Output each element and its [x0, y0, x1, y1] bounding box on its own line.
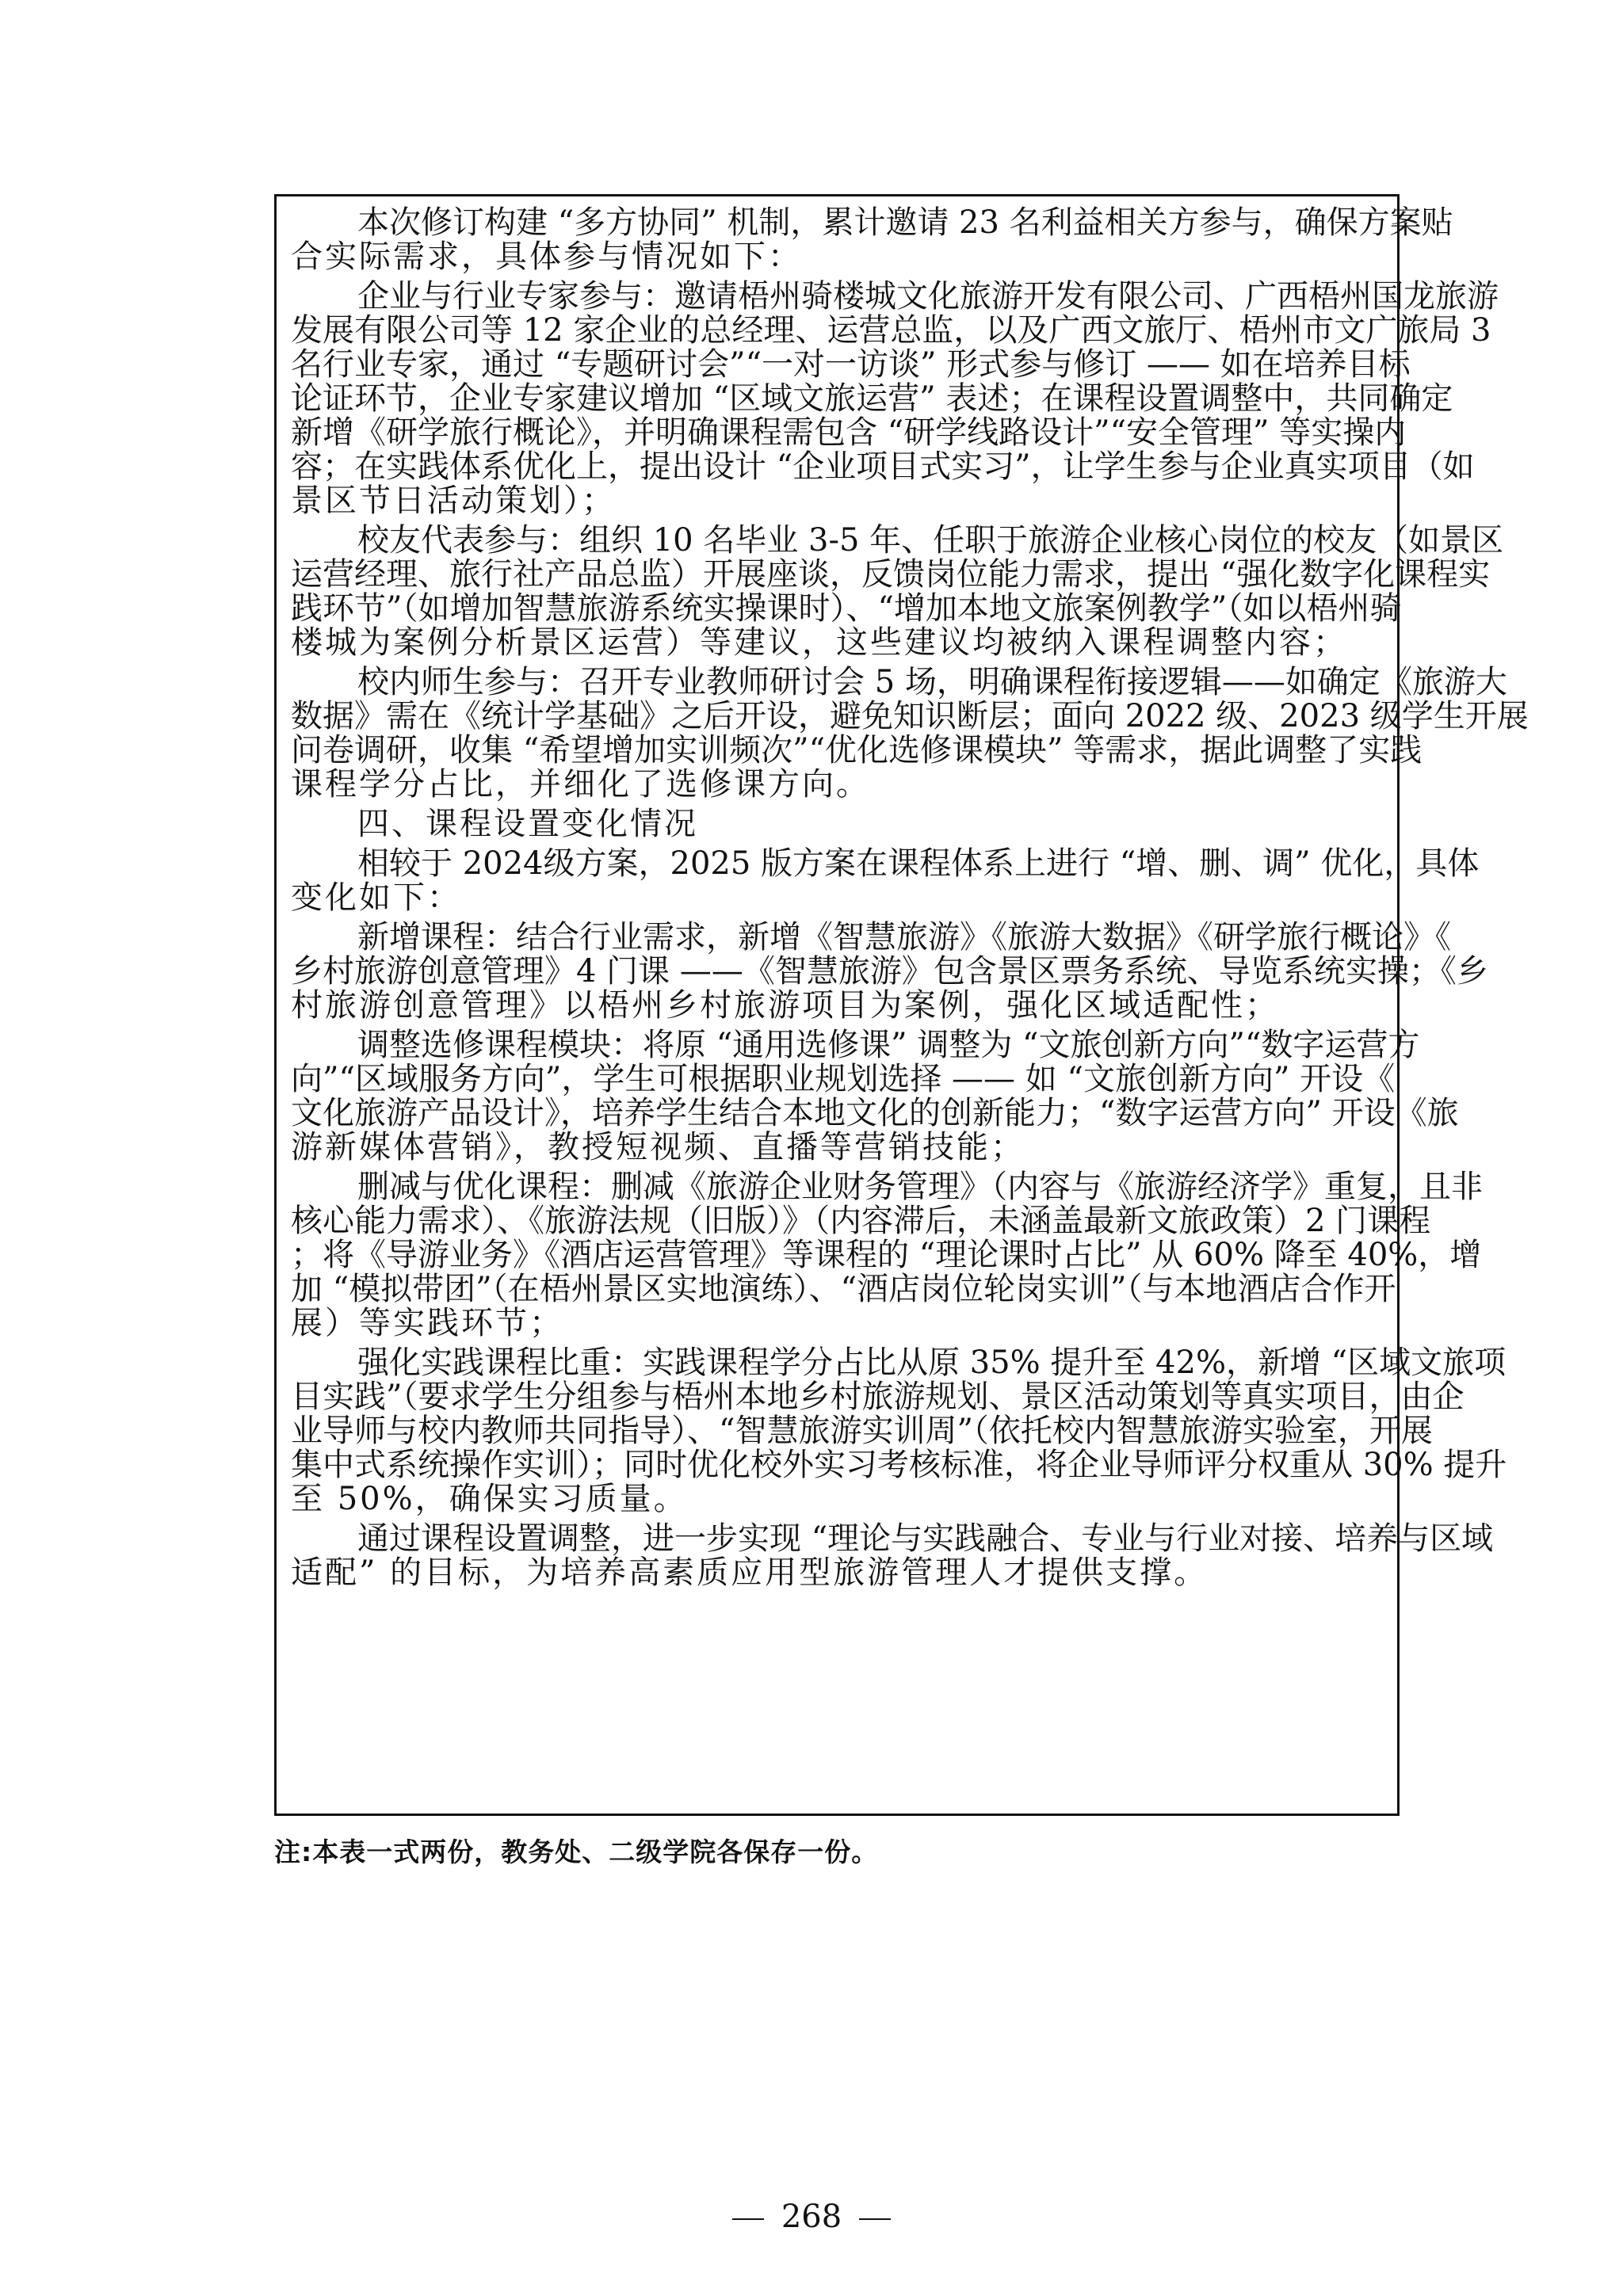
section-heading: 四、课程设置变化情况 [291, 807, 1386, 841]
text-line: 相较于 2024级方案，2025 版方案在课程体系上进行 “增、删、调” 优化，… [291, 847, 1386, 881]
dash-left [732, 2218, 764, 2220]
paragraph-conclusion: 通过课程设置调整，进一步实现 “理论与实践融合、专业与行业对接、培养与区域 适配… [291, 1522, 1386, 1590]
paragraph-intro: 本次修订构建 “多方协同” 机制，累计邀请 23 名利益相关方参与，确保方案贴 … [291, 206, 1386, 274]
text-line: 展）等实践环节； [291, 1306, 1386, 1341]
text-line: 数据》需在《统计学基础》之后开设，避免知识断层；面向 2022 级、2023 级… [291, 700, 1386, 734]
text-line: 集中式系统操作实训）；同时优化校外实习考核标准，将企业导师评分权重从 30% 提… [291, 1448, 1386, 1482]
text-line: 本次修订构建 “多方协同” 机制，累计邀请 23 名利益相关方参与，确保方案贴 [291, 206, 1386, 240]
text-line: 新增课程：结合行业需求，新增《智慧旅游》《旅游大数据》《研学旅行概论》《 [291, 921, 1386, 955]
paragraph-reduce-optimize: 删减与优化课程：删减《旅游企业财务管理》（内容与《旅游经济学》重复，且非 核心能… [291, 1170, 1386, 1341]
paragraph-new-courses: 新增课程：结合行业需求，新增《智慧旅游》《旅游大数据》《研学旅行概论》《 乡村旅… [291, 921, 1386, 1023]
text-line: 校内师生参与：召开专业教师研讨会 5 场，明确课程衔接逻辑——如确定《旅游大 [291, 666, 1386, 700]
text-line: ；将《导游业务》《酒店运营管理》等课程的 “理论课时占比” 从 60% 降至 4… [291, 1238, 1386, 1272]
paragraph-enterprise-experts: 企业与行业专家参与：邀请梧州骑楼城文化旅游开发有限公司、广西梧州国龙旅游 发展有… [291, 280, 1386, 518]
page-number-footer: 268 [0, 2199, 1623, 2235]
text-line: 向”“区域服务方向”，学生可根据职业规划选择 —— 如 “文旅创新方向” 开设《 [291, 1062, 1386, 1097]
text-line: 删减与优化课程：删减《旅游企业财务管理》（内容与《旅游经济学》重复，且非 [291, 1170, 1386, 1204]
text-line: 乡村旅游创意管理》4 门课 ——《智慧旅游》包含景区票务系统、导览系统实操；《乡 [291, 955, 1386, 989]
text-line: 名行业专家，通过 “专题研讨会”“一对一访谈” 形式参与修订 —— 如在培养目标 [291, 348, 1386, 382]
text-line: 问卷调研，收集 “希望增加实训频次”“优化选修课模块” 等需求，据此调整了实践 [291, 734, 1386, 768]
text-line: 课程学分占比，并细化了选修课方向。 [291, 768, 1386, 802]
text-line: 目实践”（要求学生分组参与梧州本地乡村旅游规划、景区活动策划等真实项目，由企 [291, 1380, 1386, 1414]
paragraph-faculty-students: 校内师生参与：召开专业教师研讨会 5 场，明确课程衔接逻辑——如确定《旅游大 数… [291, 666, 1386, 802]
paragraph-elective-modules: 调整选修课程模块：将原 “通用选修课” 调整为 “文旅创新方向”“数字运营方 向… [291, 1028, 1386, 1165]
dash-right [859, 2218, 891, 2220]
document-body: 本次修订构建 “多方协同” 机制，累计邀请 23 名利益相关方参与，确保方案贴 … [291, 206, 1386, 1596]
text-line: 景区节日活动策划）； [291, 484, 1386, 518]
text-line: 变化如下： [291, 881, 1386, 915]
text-line: 调整选修课程模块：将原 “通用选修课” 调整为 “文旅创新方向”“数字运营方 [291, 1028, 1386, 1062]
text-line: 核心能力需求）、《旅游法规（旧版）》（内容滞后，未涵盖最新文旅政策）2 门课程 [291, 1204, 1386, 1238]
text-line: 合实际需求，具体参与情况如下： [291, 240, 1386, 274]
text-line: 适配” 的目标，为培养高素质应用型旅游管理人才提供支撑。 [291, 1556, 1386, 1590]
text-line: 村旅游创意管理》以梧州乡村旅游项目为案例，强化区域适配性； [291, 989, 1386, 1023]
text-line: 文化旅游产品设计》，培养学生结合本地文化的创新能力；“数字运营方向” 开设《旅 [291, 1097, 1386, 1131]
text-line: 加 “模拟带团”（在梧州景区实地演练）、“酒店岗位轮岗实训”（与本地酒店合作开 [291, 1272, 1386, 1306]
text-line: 运营经理、旅行社产品总监）开展座谈，反馈岗位能力需求，提出 “强化数字化课程实 [291, 558, 1386, 592]
text-line: 楼城为案例分析景区运营）等建议，这些建议均被纳入课程调整内容； [291, 626, 1386, 660]
heading-text: 四、课程设置变化情况 [291, 807, 1386, 841]
text-line: 通过课程设置调整，进一步实现 “理论与实践融合、专业与行业对接、培养与区域 [291, 1522, 1386, 1556]
paragraph-comparison: 相较于 2024级方案，2025 版方案在课程体系上进行 “增、删、调” 优化，… [291, 847, 1386, 915]
text-line: 游新媒体营销》，教授短视频、直播等营销技能； [291, 1131, 1386, 1165]
footnote: 注:本表一式两份，教务处、二级学院各保存一份。 [274, 1832, 878, 1869]
text-line: 强化实践课程比重：实践课程学分占比从原 35% 提升至 42%，新增 “区域文旅… [291, 1346, 1386, 1380]
text-line: 企业与行业专家参与：邀请梧州骑楼城文化旅游开发有限公司、广西梧州国龙旅游 [291, 280, 1386, 314]
text-line: 论证环节，企业专家建议增加 “区域文旅运营” 表述；在课程设置调整中，共同确定 [291, 382, 1386, 416]
text-line: 新增《研学旅行概论》，并明确课程需包含 “研学线路设计”“安全管理” 等实操内 [291, 416, 1386, 450]
text-line: 容；在实践体系优化上，提出设计 “企业项目式实习”，让学生参与企业真实项目（如 [291, 450, 1386, 484]
paragraph-alumni: 校友代表参与：组织 10 名毕业 3-5 年、任职于旅游企业核心岗位的校友（如景… [291, 524, 1386, 660]
text-line: 校友代表参与：组织 10 名毕业 3-5 年、任职于旅游企业核心岗位的校友（如景… [291, 524, 1386, 558]
text-line: 发展有限公司等 12 家企业的总经理、运营总监，以及广西文旅厅、梧州市文广旅局 … [291, 314, 1386, 348]
paragraph-practice-weight: 强化实践课程比重：实践课程学分占比从原 35% 提升至 42%，新增 “区域文旅… [291, 1346, 1386, 1516]
page-number: 268 [781, 2199, 842, 2235]
text-line: 践环节”（如增加智慧旅游系统实操课时）、“增加本地文旅案例教学”（如以梧州骑 [291, 592, 1386, 626]
form-table-cell: 本次修订构建 “多方协同” 机制，累计邀请 23 名利益相关方参与，确保方案贴 … [274, 194, 1400, 1816]
text-line: 至 50%，确保实习质量。 [291, 1482, 1386, 1516]
text-line: 业导师与校内教师共同指导）、“智慧旅游实训周”（依托校内智慧旅游实验室，开展 [291, 1414, 1386, 1448]
